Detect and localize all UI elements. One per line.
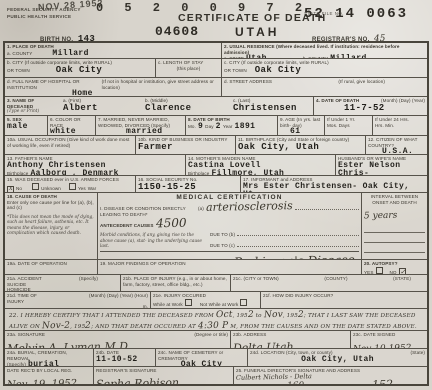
first-name-value: Albert xyxy=(63,104,143,114)
field-cemetery-location: 24d. LOCATION (City, town, or county) (S… xyxy=(247,349,427,366)
physician-address-label: 23b. ADDRESS xyxy=(233,332,348,338)
registrar-signature-label: REGISTRAR'S SIGNATURE xyxy=(96,368,231,374)
field-father: 13. FATHER'S NAME Anthony Christensen Bi… xyxy=(5,155,185,175)
father-birthplace-label: Birthplace xyxy=(7,171,28,175)
other-conditions-value: Parkinson's Disease xyxy=(234,253,359,259)
certify-p8: M, FROM THE CAUSES AND ON THE DATE STATE… xyxy=(230,324,417,330)
field-accident-type: 21a. ACCIDENT SUICIDE HOMICIDE (Specify) xyxy=(5,275,120,291)
field-physician-address: 23b. ADDRESS Delta Utah xyxy=(230,331,350,348)
hospital-value: Home xyxy=(72,90,219,96)
attended-to-year: 2 xyxy=(298,311,304,320)
cemetery-value: Oak City xyxy=(158,361,245,366)
dob-year-label: Year xyxy=(223,124,233,130)
field-operation-date: 19a. DATE OF OPERATION xyxy=(5,260,97,274)
place-of-injury-label: 21b. PLACE OF INJURY (e.g., in or about … xyxy=(123,276,228,287)
dob-month-value: 9 xyxy=(198,123,203,132)
attended-to-value: Nov xyxy=(264,311,283,320)
certify-p3: to xyxy=(256,313,262,319)
row-registrar: DATE REC'D BY LOCAL REG. Nov. 19. 1952 R… xyxy=(5,366,427,384)
field-cemetery: 24c. NAME OF CEMETERY or CREMATORY Oak C… xyxy=(155,349,247,366)
field-marital-status: 7. MARRIED, NEVER MARRIED, WIDOWED, DIVO… xyxy=(95,116,185,135)
field-burial-type: 24a. BURIAL, CREMATION, REMOVAL (Specify… xyxy=(5,349,93,366)
field-informant: 17. INFORMANT and ADDRESS Mrs Ester Chri… xyxy=(240,176,427,192)
interval-line-3 xyxy=(364,243,425,253)
no-checkbox: X xyxy=(7,186,14,193)
no-label: No xyxy=(16,186,22,192)
row-medical-certification: 18. CAUSE OF DEATH Enter only one cause … xyxy=(5,192,427,259)
operation-findings-label: 19. MAJOR FINDINGS OF OPERATION xyxy=(100,261,359,267)
certificate-number: 04608 xyxy=(155,24,199,39)
field-date-received: DATE REC'D BY LOCAL REG. Nov. 19. 1952 xyxy=(5,367,93,384)
field-usual-residence: 2. USUAL RESIDENCE (Where deceased lived… xyxy=(221,43,427,58)
while-at-work-label: While at Work xyxy=(153,302,183,308)
row-parents: 13. FATHER'S NAME Anthony Christensen Bi… xyxy=(5,154,427,175)
field-date-signed: 23c. DATE SIGNED Nov 10 1952 xyxy=(350,331,427,348)
row-injury-place: 21a. ACCIDENT SUICIDE HOMICIDE (Specify)… xyxy=(5,274,427,291)
field-physician-signature: 23a. SIGNATURE (Degree or title) Melvin … xyxy=(5,331,230,348)
field-deceased-name: a. (First) b. (Middle) c. (Last) Albert … xyxy=(61,97,313,115)
row-certify-statement: 22. I HEREBY CERTIFY THAT I ATTENDED THE… xyxy=(5,308,427,330)
field-under-1yr: If Under 1 Yr. Mos. Days xyxy=(324,116,372,135)
cemetery-location-value: Oak City, Utah xyxy=(250,356,425,365)
accident-label: 21a. ACCIDENT SUICIDE HOMICIDE xyxy=(7,276,49,291)
field-length-of-stay: c. LENGTH OF STAY (this place) xyxy=(155,59,221,77)
due-to-b-label: DUE TO (b) xyxy=(210,232,235,238)
injury-state-label: (STATE) xyxy=(393,276,411,282)
physician-address-value: Delta Utah xyxy=(233,341,294,348)
occupation-value: Farmer xyxy=(138,143,233,153)
residence-or-town-label: OR TOWN xyxy=(224,68,247,74)
citizen-value: U.S.A. xyxy=(382,148,425,154)
morbid-note: Morbid conditions, if any, giving rise t… xyxy=(100,233,208,250)
field-how-injury-occurred: 21f. HOW DID INJURY OCCUR? xyxy=(260,292,427,308)
field-date-of-death: 4. DATE OF DEATH (Month) (Day) (Year) 11… xyxy=(313,97,427,115)
field-name-label: 3. NAME OF DECEASED (Type or Print) xyxy=(5,97,61,115)
informant-value: Mrs Ester Christensen- Oak City, Ut. xyxy=(243,183,425,193)
operation-date-label: 19a. DATE OF OPERATION xyxy=(7,261,95,267)
street-label: d. STREET ADDRESS xyxy=(224,79,272,85)
last-seen-value: Nov-2 xyxy=(42,321,70,330)
yes-checkbox xyxy=(69,183,76,190)
physician-signature-value: Melvin A. Lyman M.D. xyxy=(7,340,131,348)
field-age: 9. AGE (In yrs. last birth- day) 61 xyxy=(277,116,324,135)
row-occupation: 10a. USUAL OCCUPATION (Give kind of work… xyxy=(5,135,427,154)
degree-title-label: (Degree or title) xyxy=(194,332,228,338)
sex-value: male xyxy=(7,123,45,132)
how-injury-occurred-label: 21f. HOW DID INJURY OCCUR? xyxy=(263,293,425,299)
field-medical-certification: MEDICAL CERTIFICATION I. DISEASE OR COND… xyxy=(97,193,361,259)
interval-label: INTERVAL BETWEEN ONSET AND DEATH xyxy=(364,194,425,205)
date-signed-label: 23c. DATE SIGNED xyxy=(353,332,425,338)
certify-text: 22. I HEREBY CERTIFY THAT I ATTENDED THE… xyxy=(9,311,423,330)
funeral-director-value: Culbert Nichols - Delta xyxy=(236,373,312,381)
last-name-value: Christensen xyxy=(233,104,297,114)
place-or-town-label: OR TOWN xyxy=(7,68,30,74)
ssn-value: 1150-15-25 xyxy=(138,183,238,193)
field-registrar-signature: REGISTRAR'S SIGNATURE Sepha Robison xyxy=(93,367,233,384)
field-funeral-director: 25. FUNERAL DIRECTOR'S SIGNATURE AND ADD… xyxy=(233,367,427,384)
dob-month-label: Mo. xyxy=(188,124,196,130)
disease-a-label: (a) xyxy=(198,206,204,212)
row-operation: 19a. DATE OF OPERATION 19. MAJOR FINDING… xyxy=(5,259,427,274)
blank-line-c xyxy=(237,240,359,247)
field-spouse: HUSBAND'S OR WIFE'S NAME Ester Nelson Ch… xyxy=(335,155,427,175)
field-operation-findings: 19. MAJOR FINDINGS OF OPERATION xyxy=(97,260,361,274)
residence-state-label: a. STATE xyxy=(224,56,244,58)
not-while-at-work-checkbox xyxy=(240,299,247,306)
autopsy-no-checkmark: ✓ xyxy=(400,268,406,274)
spouse-value-line1: Ester Nelson Chris- xyxy=(338,162,425,176)
autopsy-no-label: NO xyxy=(390,270,397,275)
field-under-24hrs: If Under 24 Hrs. Hrs. Min. xyxy=(372,116,427,135)
field-occupation: 10a. USUAL OCCUPATION (Give kind of work… xyxy=(5,136,135,154)
field-place-of-injury: 21b. PLACE OF INJURY (e.g., in or about … xyxy=(120,275,230,291)
street-note: (If rural, give location) xyxy=(338,79,385,85)
cemetery-location-state-label: (State) xyxy=(411,350,426,356)
residence-city-value: Oak City xyxy=(255,66,301,76)
field-birthplace: 11. BIRTHPLACE (City and State or foreig… xyxy=(235,136,365,154)
interval-line-2 xyxy=(364,233,425,243)
field-hospital: d. FULL NAME OF HOSPITAL OR INSTITUTION … xyxy=(5,78,221,96)
autopsy-yes-checkbox xyxy=(376,267,383,274)
field-mother: 14. MOTHER'S MAIDEN NAME Castina Lovell … xyxy=(185,155,335,175)
field-place-city: b. CITY (If outside corporate limits, wr… xyxy=(5,59,155,77)
disease-value: arteriosclerosis xyxy=(206,200,293,213)
burial-value: burial xyxy=(28,361,59,366)
interval-value: 5 years xyxy=(364,212,397,222)
row-service-ssn: 15. WAS DECEASED ever in U.S. ARMED FORC… xyxy=(5,175,427,192)
row-city: b. CITY (If outside corporate limits, wr… xyxy=(5,58,427,77)
race-value: white xyxy=(50,128,93,135)
date-received-value: Nov. 19. 1952 xyxy=(7,379,77,384)
under1-cols: Mos. Days xyxy=(327,123,370,129)
field-injury-occurred: 21e. INJURY OCCURED While at Work Not Wh… xyxy=(150,292,260,308)
field-injury-city: 21c. (CITY or TOWN) (COUNTY) (STATE) xyxy=(230,275,427,291)
antecedent-label: ANTECEDENT CAUSES xyxy=(100,223,154,229)
header: FEDERAL SECURITY AGENCY PUBLIC HEALTH SE… xyxy=(0,0,432,40)
deceased-note: (Type or Print) xyxy=(7,109,59,115)
marital-value: married xyxy=(126,128,183,135)
dob-year-value: 1891 xyxy=(235,123,256,132)
interval-line-1 xyxy=(364,223,425,233)
field-ssn: 16. SOCIAL SECURITY No. 1150-15-25 xyxy=(135,176,240,192)
time-of-injury-cols: (Month) (Day) (Year) (Hour) xyxy=(89,293,148,299)
deceased-label: 3. NAME OF DECEASED xyxy=(7,98,59,109)
blank-line-b xyxy=(237,229,359,236)
dob-day-label: Day xyxy=(205,124,213,130)
field-citizenship: 12. CITIZEN OF WHAT COUNTRY? U.S.A. xyxy=(365,136,427,154)
cause-note1: Enter only one cause per line for (a), (… xyxy=(7,200,95,211)
residence-county-value: Millard xyxy=(330,55,366,58)
not-while-at-work-label: Not While at Work xyxy=(200,302,239,308)
time-of-injury-label: 21d. TIME OF INJURY xyxy=(7,293,41,304)
unknown-label: Unknown xyxy=(41,186,61,192)
cause-note2: *This does not mean the mode of dying, s… xyxy=(7,215,95,237)
row-vitals: 5. SEX male 6. COLOR OR RACE white 7. MA… xyxy=(5,115,427,135)
field-time-of-injury: 21d. TIME OF INJURY (Month) (Day) (Year)… xyxy=(5,292,150,308)
residence-county-label: b. COUNTY xyxy=(303,56,328,58)
burial-specify-label: (Specify) xyxy=(7,362,26,366)
agency-line2: PUBLIC HEALTH SERVICE xyxy=(7,14,81,21)
dod-value: 11-7-52 xyxy=(344,104,425,114)
accident-specify-label: (Specify) xyxy=(79,276,98,282)
state-name: UTAH xyxy=(235,25,279,39)
field-date-of-birth: 8. DATE OF BIRTH Mo. 9 Day 2 Year 1891 xyxy=(185,116,277,135)
funeral-director-no-value: 160. xyxy=(287,382,307,384)
place-city-value: Oak City xyxy=(56,66,102,76)
field-autopsy: 20. AUTOPSY? YES NO ✓ xyxy=(361,260,427,274)
field-place-of-death: 1. PLACE OF DEATH a. COUNTY Millard xyxy=(5,43,221,58)
certify-p6: , 195 xyxy=(70,324,85,330)
injury-county-label: (COUNTY) xyxy=(324,276,347,282)
row-name-dod: 3. NAME OF DECEASED (Type or Print) a. (… xyxy=(5,96,427,115)
registrar-signature-value: Sepha Robison xyxy=(96,377,179,384)
attended-from-value: Oct xyxy=(216,311,233,320)
field-armed-forces: 15. WAS DECEASED ever in U.S. ARMED FORC… xyxy=(5,176,135,192)
date-signed-value: Nov 10 1952 xyxy=(353,344,412,348)
place-county-label: a. COUNTY xyxy=(7,51,32,57)
row-burial: 24a. BURIAL, CREMATION, REMOVAL (Specify… xyxy=(5,348,427,366)
blank-line-a xyxy=(295,203,359,210)
while-at-work-checkbox xyxy=(185,299,192,306)
field-certify-statement: 22. I HEREBY CERTIFY THAT I ATTENDED THE… xyxy=(5,309,427,330)
certify-p2: , 195 xyxy=(233,313,248,319)
death-certificate-page: FEDERAL SECURITY AGENCY PUBLIC HEALTH SE… xyxy=(0,0,432,390)
state-file-number: 52 14 0063 STATE FILE NO. xyxy=(304,6,408,16)
autopsy-yes-label: YES xyxy=(364,270,374,275)
row-injury-time: 21d. TIME OF INJURY (Month) (Day) (Year)… xyxy=(5,291,427,308)
middle-name-value: Clarence xyxy=(145,104,231,114)
field-interval: INTERVAL BETWEEN ONSET AND DEATH 5 years xyxy=(361,193,427,259)
stay-note: (this place) xyxy=(158,66,219,72)
antecedent-value: 4500 xyxy=(155,217,186,230)
war-label: War xyxy=(88,186,97,192)
under24-cols: Hrs. Min. xyxy=(375,123,425,129)
row-place-residence: 1. PLACE OF DEATH a. COUNTY Millard 2. U… xyxy=(5,43,427,58)
dob-day-value: 2 xyxy=(216,123,221,132)
embalmer-no-value: 152 xyxy=(372,379,393,384)
mother-birthplace-value: Fillmore, Utah xyxy=(211,170,284,175)
due-to-c-label: DUE TO (c) xyxy=(210,243,235,249)
field-industry: 10b. KIND OF BUSINESS OR INDUSTRY Farmer xyxy=(135,136,235,154)
field-race: 6. COLOR OR RACE white xyxy=(47,116,95,135)
field-burial-date: 24b. DATE 11-10-52 xyxy=(93,349,155,366)
dod-cols: (Month) (Day) (Year) xyxy=(381,98,425,104)
certify-p4: , 195 xyxy=(283,313,298,319)
mother-birthplace-label: Birthplace xyxy=(188,171,209,175)
last-seen-year: 2 xyxy=(85,322,91,330)
row-physician: 23a. SIGNATURE (Degree or title) Melvin … xyxy=(5,330,427,348)
physician-signature-label: 23a. SIGNATURE xyxy=(7,332,45,338)
time-of-injury-m: m. xyxy=(7,304,148,308)
field-street-address: d. STREET ADDRESS (If rural, give locati… xyxy=(221,78,427,96)
certify-p7: ; AND THAT DEATH OCCURED AT xyxy=(91,324,196,330)
father-birthplace-value: Aalborg , Denmark xyxy=(30,170,118,175)
place-county-value: Millard xyxy=(52,50,88,59)
no-checkmark: X xyxy=(9,186,13,191)
occupation-label: 10a. USUAL OCCUPATION (Give kind of work… xyxy=(7,137,133,148)
unknown-checkbox xyxy=(32,183,39,190)
field-cause-of-death: 18. CAUSE OF DEATH Enter only one cause … xyxy=(5,193,97,259)
death-time-value: 4:30 P xyxy=(198,321,229,330)
autopsy-no-checkbox: ✓ xyxy=(399,268,406,275)
attended-from-year: 2 xyxy=(248,311,254,320)
birthplace-value: Oak City, Utah xyxy=(238,143,363,153)
date-received-label: DATE REC'D BY LOCAL REG. xyxy=(7,368,91,374)
age-value: 61 xyxy=(290,128,322,135)
certificate-form: 1. PLACE OF DEATH a. COUNTY Millard 2. U… xyxy=(3,41,429,386)
hospital-note: (If not in hospital or institution, give… xyxy=(102,79,219,90)
yes-label: Yes xyxy=(78,186,86,192)
certify-p1: 22. I HEREBY CERTIFY THAT I ATTENDED THE… xyxy=(9,313,214,319)
injury-city-label: 21c. (CITY or TOWN) xyxy=(233,276,279,282)
field-sex: 5. SEX male xyxy=(5,116,47,135)
row-hospital-street: d. FULL NAME OF HOSPITAL OR INSTITUTION … xyxy=(5,77,427,96)
field-residence-city: c. CITY (If outside corporate limits, wr… xyxy=(221,59,427,77)
age-label: 9. AGE (In yrs. last birth- day) xyxy=(280,117,322,128)
residence-state-value: Utah xyxy=(246,55,267,58)
burial-date-value: 11-10-52 xyxy=(96,356,153,365)
